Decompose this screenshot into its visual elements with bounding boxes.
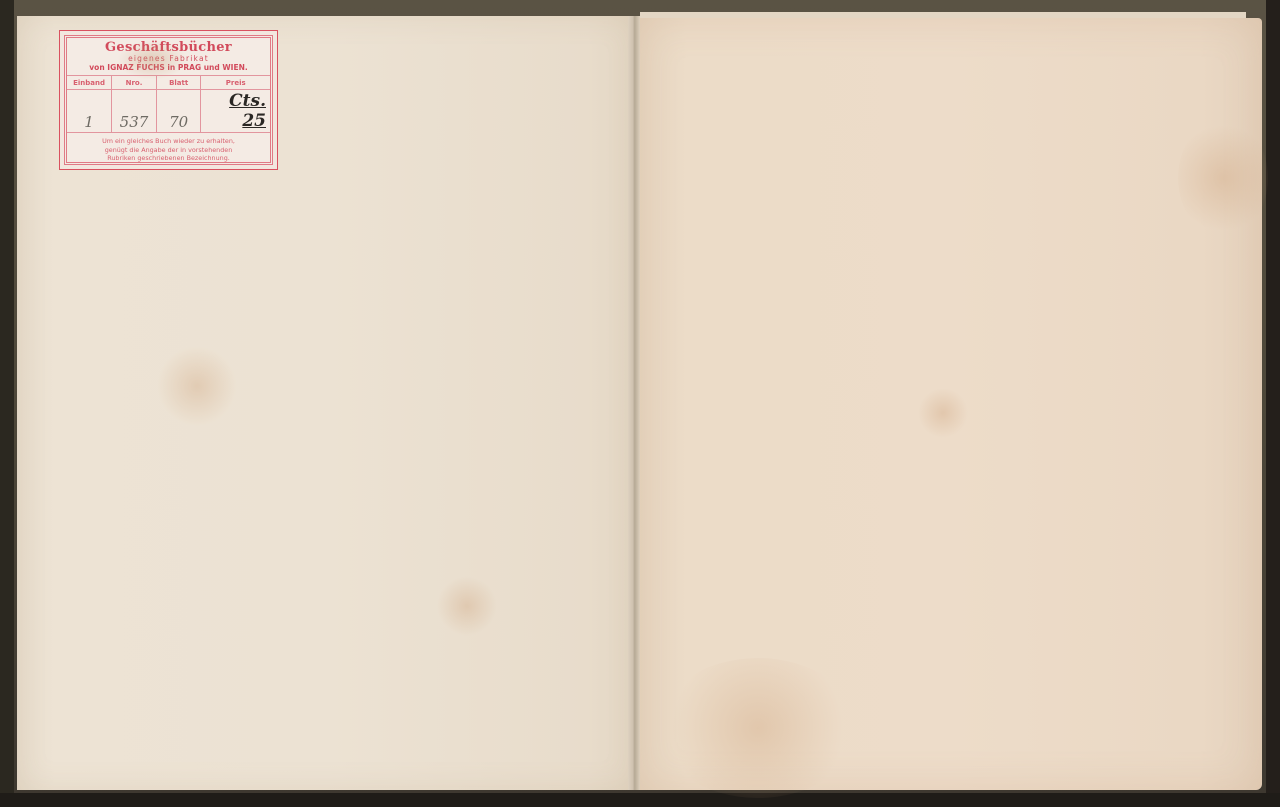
label-table: Einband Nro. Blatt Preis 1 537 70 Cts. 2… <box>67 75 270 133</box>
label-note-line: genügt die Angabe der in vorstehenden <box>67 146 270 155</box>
column-header-einband: Einband <box>67 76 112 90</box>
column-header-nro: Nro. <box>112 76 157 90</box>
first-page <box>638 18 1262 790</box>
label-note-line: Rubriken geschriebenen Bezeichnung. <box>67 154 270 163</box>
paper-stain <box>437 576 497 636</box>
book-gutter <box>628 16 640 790</box>
cover-edge-bottom <box>0 793 1280 807</box>
paper-stain <box>918 388 968 438</box>
label-subtitle: eigenes Fabrikat <box>67 54 270 63</box>
cover-edge-left <box>0 0 14 807</box>
label-note: Um ein gleiches Buch wieder zu erhalten,… <box>67 137 270 163</box>
column-header-blatt: Blatt <box>156 76 201 90</box>
label-maker: von IGNAZ FUCHS in PRAG und WIEN. <box>67 63 270 73</box>
value-blatt: 70 <box>156 90 201 133</box>
paper-stain <box>658 658 858 798</box>
cover-edge-right <box>1266 0 1280 807</box>
value-preis: Cts. 25 <box>201 90 270 133</box>
value-einband: 1 <box>67 90 112 133</box>
label-title: Geschäftsbücher <box>67 41 270 54</box>
paper-stain <box>1178 118 1268 238</box>
stationer-label: Geschäftsbücher eigenes Fabrikat von IGN… <box>59 30 278 170</box>
paper-stain <box>157 346 237 426</box>
label-note-line: Um ein gleiches Buch wieder zu erhalten, <box>67 137 270 146</box>
value-nro: 537 <box>112 90 157 133</box>
column-header-preis: Preis <box>201 76 270 90</box>
